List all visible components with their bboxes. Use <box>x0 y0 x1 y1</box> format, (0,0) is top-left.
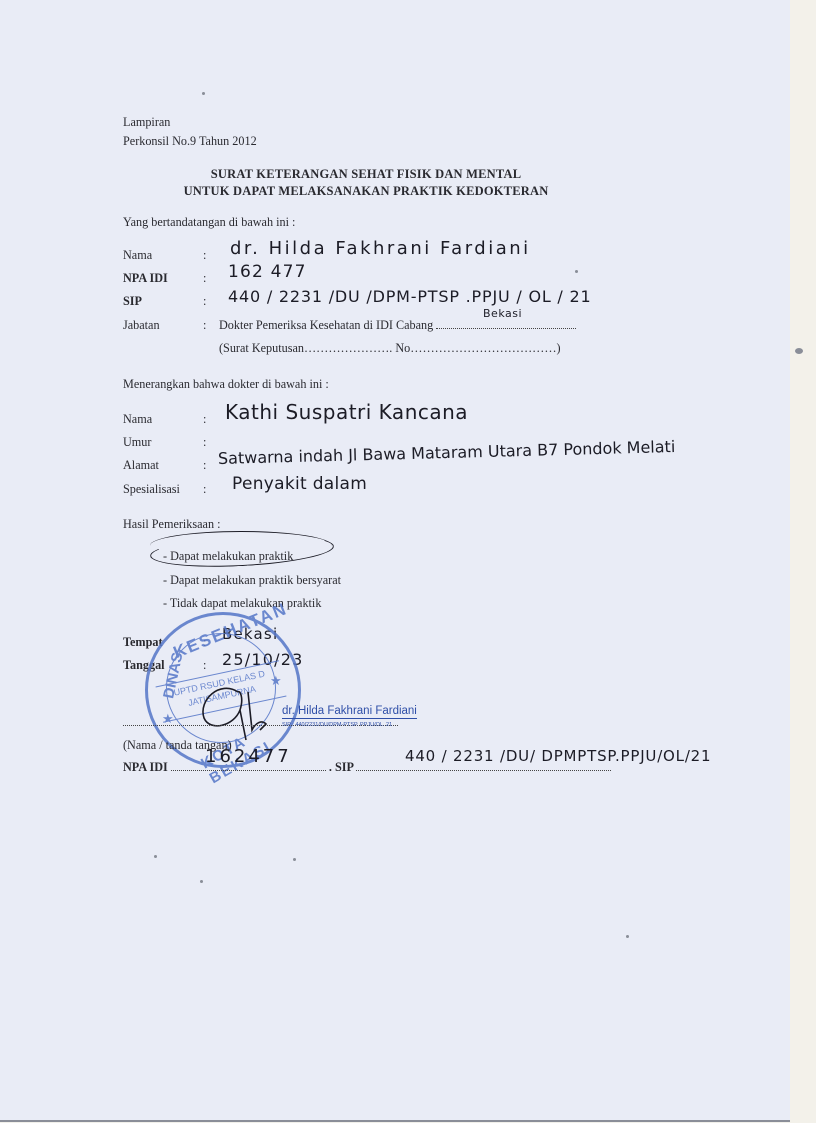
subject-intro: Menerangkan bahwa dokter di bawah ini : <box>123 377 329 392</box>
idi-branch-value: Bekasi <box>483 307 522 320</box>
scanner-edge <box>790 0 816 1123</box>
result-option-3: - Tidak dapat melakukan praktik <box>163 596 321 611</box>
result-option-1: - Dapat melakukan praktik <box>163 549 293 564</box>
scan-speck <box>202 92 205 95</box>
signatory-sip-label: SIP <box>123 294 142 309</box>
stamp-signer-name: dr. Hilda Fakhrani Fardiani <box>282 705 417 719</box>
signatory-position-text: Dokter Pemeriksa Kesehatan di IDI Cabang <box>219 318 576 333</box>
exam-result-label: Hasil Pemeriksaan : <box>123 517 220 532</box>
appendix-label: Lampiran <box>123 115 170 130</box>
document-title-line1: SURAT KETERANGAN SEHAT FISIK DAN MENTAL <box>26 167 706 182</box>
subject-specialty-label: Spesialisasi <box>123 482 180 497</box>
colon: : <box>203 412 206 427</box>
scan-speck <box>795 348 803 354</box>
subject-name-label: Nama <box>123 412 152 427</box>
closing-npa-value: 162477 <box>205 746 292 767</box>
subject-address-label: Alamat <box>123 458 159 473</box>
signatory-position-label: Jabatan <box>123 318 160 333</box>
colon: : <box>203 482 206 497</box>
scan-speck <box>154 855 157 858</box>
signatory-name-label: Nama <box>123 248 152 263</box>
scan-speck <box>626 935 629 938</box>
name-stamp: dr. Hilda Fakhrani Fardiani SIP : 440/22… <box>282 705 417 728</box>
subject-name-value: Kathi Suspatri Kancana <box>225 400 468 424</box>
colon: : <box>203 294 206 309</box>
scan-speck <box>575 270 578 273</box>
sip-label-text: . SIP <box>329 760 353 774</box>
colon: : <box>203 458 206 473</box>
closing-sip-value: 440 / 2231 /DU/ DPMPTSP.PPJU/OL/21 <box>405 747 711 765</box>
colon: : <box>203 318 206 333</box>
result-option-2: - Dapat melakukan praktik bersyarat <box>163 573 341 588</box>
signatory-sip-value: 440 / 2231 /DU /DPM-PTSP .PPJU / OL / 21 <box>228 287 591 306</box>
colon: : <box>203 435 206 450</box>
signatory-intro: Yang bertandatangan di bawah ini : <box>123 215 295 230</box>
signatory-name-value: dr. Hilda Fakhrani Fardiani <box>230 238 531 259</box>
document-title-line2: UNTUK DAPAT MELAKSANAKAN PRAKTIK KEDOKTE… <box>26 184 706 199</box>
signatory-npa-value: 162 477 <box>228 262 307 282</box>
npa-label-text: NPA IDI <box>123 760 168 774</box>
signatory-npa-label: NPA IDI <box>123 271 168 286</box>
scan-speck <box>200 880 203 883</box>
subject-age-label: Umur <box>123 435 151 450</box>
subject-specialty-value: Penyakit dalam <box>232 474 367 494</box>
regulation-reference: Perkonsil No.9 Tahun 2012 <box>123 134 257 149</box>
colon: : <box>203 248 206 263</box>
colon: : <box>203 271 206 286</box>
scan-speck <box>293 858 296 861</box>
position-text: Dokter Pemeriksa Kesehatan di IDI Cabang <box>219 318 433 332</box>
stamp-signer-sip: SIP : 440/2231/DU/DPM-PTSP. PPJU/OL. 21 <box>282 722 417 728</box>
decree-line: (Surat Keputusan…………………. No………………………………) <box>219 341 561 356</box>
